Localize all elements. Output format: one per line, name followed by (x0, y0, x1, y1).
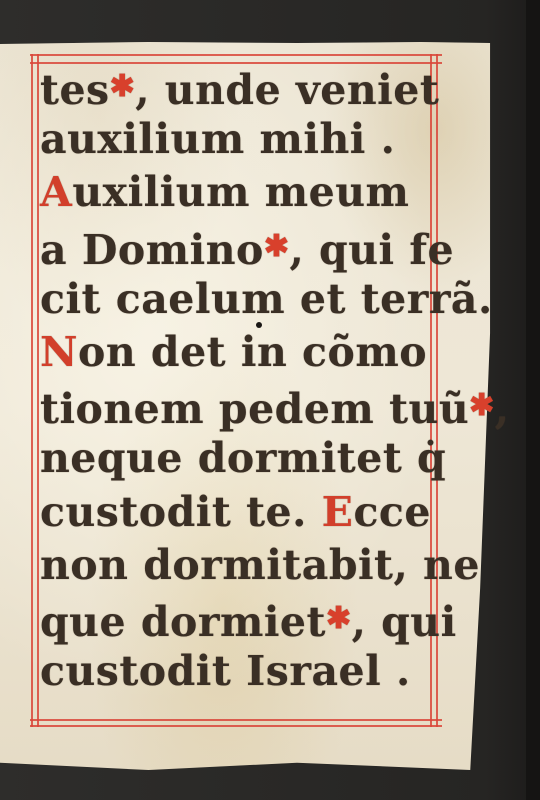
ruling-left-outer (31, 54, 33, 727)
text-segment: non dormitabit, ne (40, 541, 480, 589)
text-segment: tionem pedem tuũ (40, 385, 469, 433)
text-segment: uxilium meum (72, 168, 409, 216)
text-segment: auxilium mihi . (40, 115, 395, 163)
text-segment: , unde veniet (135, 66, 439, 114)
red-asterisk-icon: ✱ (469, 388, 495, 423)
red-asterisk-icon: ✱ (110, 69, 136, 104)
red-asterisk-icon: ✱ (326, 601, 352, 636)
text-line-11: que dormiet✱, qui (40, 592, 460, 645)
text-segment: tes (40, 66, 110, 114)
text-segment: que dormiet (40, 598, 326, 646)
text-line-7: tionem pedem tuũ✱, (40, 379, 460, 432)
ruling-bottom-inner (30, 725, 442, 727)
text-segment: , qui fe (290, 226, 455, 274)
text-line-3: Auxilium meum (40, 166, 460, 219)
text-line-6: Non det in cõmo (40, 326, 460, 379)
text-line-8: neque dormitet q̇ (40, 432, 460, 485)
text-line-12: custodit Israel . (40, 645, 460, 698)
red-asterisk-icon: ✱ (264, 229, 290, 264)
rubricated-initial: N (40, 328, 78, 376)
ruling-top-outer (30, 54, 442, 56)
ruling-bottom-outer (30, 719, 442, 721)
text-segment: , (495, 385, 510, 433)
text-segment: a Domino (40, 226, 264, 274)
rubricated-initial: E (322, 488, 354, 536)
text-line-4: a Domino✱, qui fe (40, 220, 460, 273)
text-segment: on det in cõmo (78, 328, 427, 376)
text-line-9: custodit te. Ecce (40, 486, 460, 539)
text-segment: cit caelum et terrã. (40, 275, 493, 323)
text-line-10: non dormitabit, ne (40, 539, 460, 592)
text-segment: custodit Israel . (40, 647, 411, 695)
manuscript-text: tes✱, unde veniet auxilium mihi . Auxili… (40, 60, 460, 698)
text-segment: , qui (352, 598, 457, 646)
text-line-1: tes✱, unde veniet (40, 60, 460, 113)
backdrop-edge (526, 0, 540, 800)
text-line-5: cit caelum et terrã. (40, 273, 460, 326)
text-segment: custodit te. (40, 488, 322, 536)
text-segment: neque dormitet q̇ (40, 434, 446, 482)
rubricated-initial: A (40, 168, 72, 216)
ruling-left-inner (37, 54, 39, 727)
text-segment: cce (353, 488, 431, 536)
text-line-2: auxilium mihi . (40, 113, 460, 166)
ink-dot (256, 322, 262, 328)
